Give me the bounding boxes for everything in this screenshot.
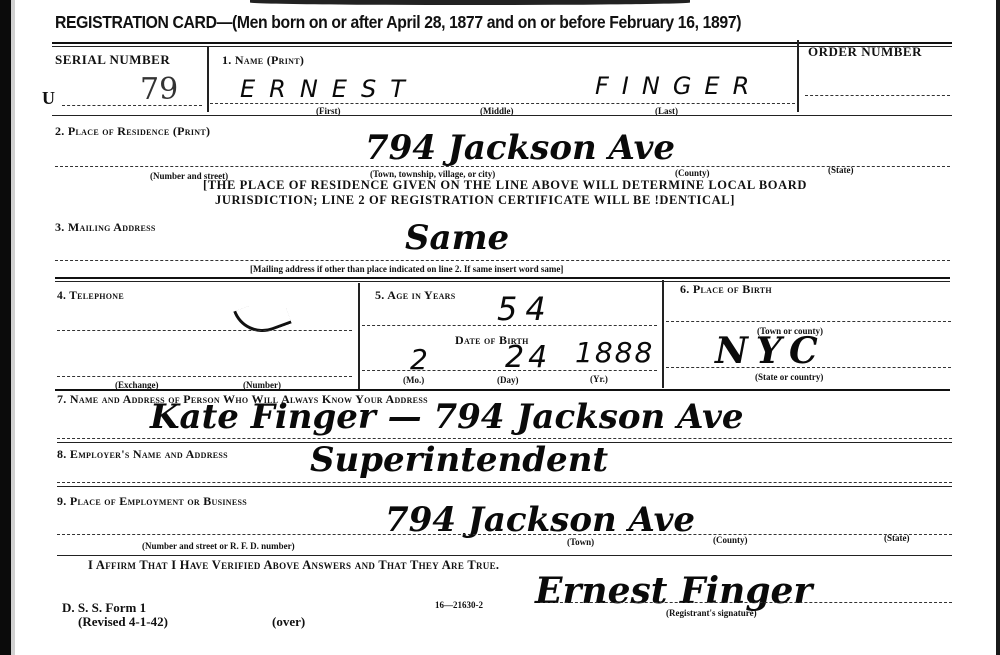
birthplace-town-line[interactable]: [666, 321, 951, 322]
name-last-value[interactable]: FINGER: [595, 72, 762, 100]
order-number-line[interactable]: [805, 95, 950, 96]
row456-bottom-rule: [55, 389, 950, 391]
row1-bottom-rule: [52, 115, 952, 116]
scan-right-edge: [996, 0, 1000, 655]
scan-top-smudge: [250, 0, 690, 5]
employment-sub-street: (Number and street or R. F. D. number): [142, 541, 295, 551]
mailing-sub: [Mailing address if other than place ind…: [250, 264, 563, 274]
order-number-label: ORDER NUMBER: [808, 44, 922, 60]
row3-bottom-rule-2: [55, 281, 950, 282]
residence-line: [55, 166, 950, 167]
telephone-dash-mark: [233, 294, 292, 341]
dob-sub-day: (Day): [497, 375, 519, 385]
serial-prefix: U: [42, 88, 55, 109]
mailing-label: 3. Mailing Address: [55, 220, 156, 235]
birthplace-state-line: [666, 367, 951, 368]
age-line: [362, 325, 657, 326]
row3-bottom-rule: [55, 277, 950, 279]
serial-number-value: 79: [140, 72, 178, 107]
name-label: 1. Name (Print): [222, 53, 304, 68]
residence-sub-state: (State): [828, 165, 854, 175]
employment-sub-state: (State): [884, 533, 910, 543]
age-birth-divider: [662, 280, 664, 388]
age-label: 5. Age in Years: [375, 288, 456, 303]
telephone-age-divider: [358, 283, 360, 391]
dob-month[interactable]: 2: [410, 343, 428, 376]
age-value[interactable]: 54: [497, 290, 554, 328]
mailing-value[interactable]: Same: [405, 218, 509, 258]
serial-number-label: SERIAL NUMBER: [55, 52, 170, 68]
telephone-line-1[interactable]: [57, 330, 352, 331]
dob-line: [362, 370, 657, 371]
mailing-line: [55, 260, 950, 261]
form-revised: (Revised 4-1-42): [78, 614, 168, 630]
residence-label: 2. Place of Residence (Print): [55, 124, 210, 139]
telephone-line-2[interactable]: [57, 376, 352, 377]
birthplace-sub-state: (State or country): [755, 372, 823, 382]
residence-sub-county: (County): [675, 168, 710, 178]
employer-rule: [57, 486, 952, 487]
employment-place-line: [57, 534, 952, 535]
order-divider: [797, 40, 799, 112]
signature-line: [540, 602, 952, 603]
employment-sub-town: (Town): [567, 537, 594, 547]
serial-divider: [207, 47, 209, 112]
scan-left-shadow: [11, 0, 15, 655]
dob-year[interactable]: 1888: [575, 336, 654, 369]
employer-value[interactable]: Superintendent: [310, 440, 608, 480]
residence-notice-1: [THE PLACE OF RESIDENCE GIVEN ON THE LIN…: [115, 178, 895, 193]
name-line: [210, 103, 795, 104]
print-code: 16—21630-2: [435, 600, 483, 610]
row9-bottom-rule: [57, 555, 952, 556]
contact-line: [57, 438, 952, 439]
residence-value[interactable]: 794 Jackson Ave: [365, 128, 675, 168]
scan-left-edge: [0, 0, 11, 655]
over-note: (over): [272, 614, 305, 630]
telephone-label: 4. Telephone: [57, 290, 124, 302]
birthplace-label: 6. Place of Birth: [680, 282, 772, 297]
employment-place-label: 9. Place of Employment or Business: [57, 494, 247, 509]
affirmation-text: I Affirm That I Have Verified Above Answ…: [88, 558, 499, 573]
employer-line: [57, 482, 952, 483]
signature-sub: (Registrant's signature): [666, 608, 757, 618]
card-title: REGISTRATION CARD—(Men born on or after …: [55, 12, 741, 33]
birthplace-state-value[interactable]: NYC: [715, 330, 826, 372]
employment-sub-county: (County): [713, 535, 748, 545]
residence-notice-2: JURISDICTION; LINE 2 OF REGISTRATION CER…: [115, 193, 835, 208]
dob-sub-mo: (Mo.): [403, 375, 424, 385]
registrant-signature[interactable]: Ernest Finger: [535, 570, 812, 612]
name-first-value[interactable]: ERNEST: [240, 75, 419, 103]
employer-label: 8. Employer's Name and Address: [57, 447, 228, 462]
dob-sub-yr: (Yr.): [590, 374, 608, 384]
serial-line: [62, 105, 202, 106]
contact-value[interactable]: Kate Finger — 794 Jackson Ave: [150, 397, 743, 437]
